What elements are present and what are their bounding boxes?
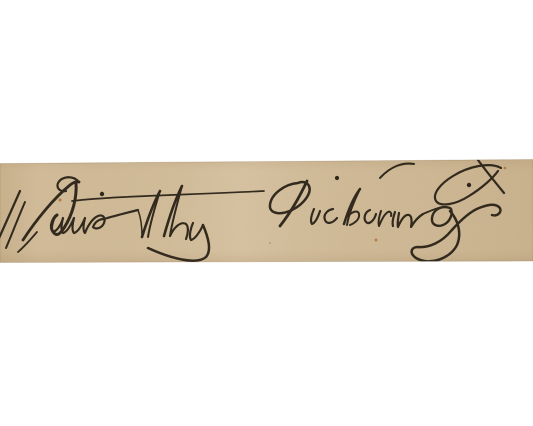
i-dot — [100, 192, 104, 196]
i-dot — [335, 176, 339, 180]
flourish-dot — [467, 183, 471, 187]
document-scan: Timothy Pickering — [0, 0, 533, 426]
signature-scan-svg — [0, 0, 533, 426]
